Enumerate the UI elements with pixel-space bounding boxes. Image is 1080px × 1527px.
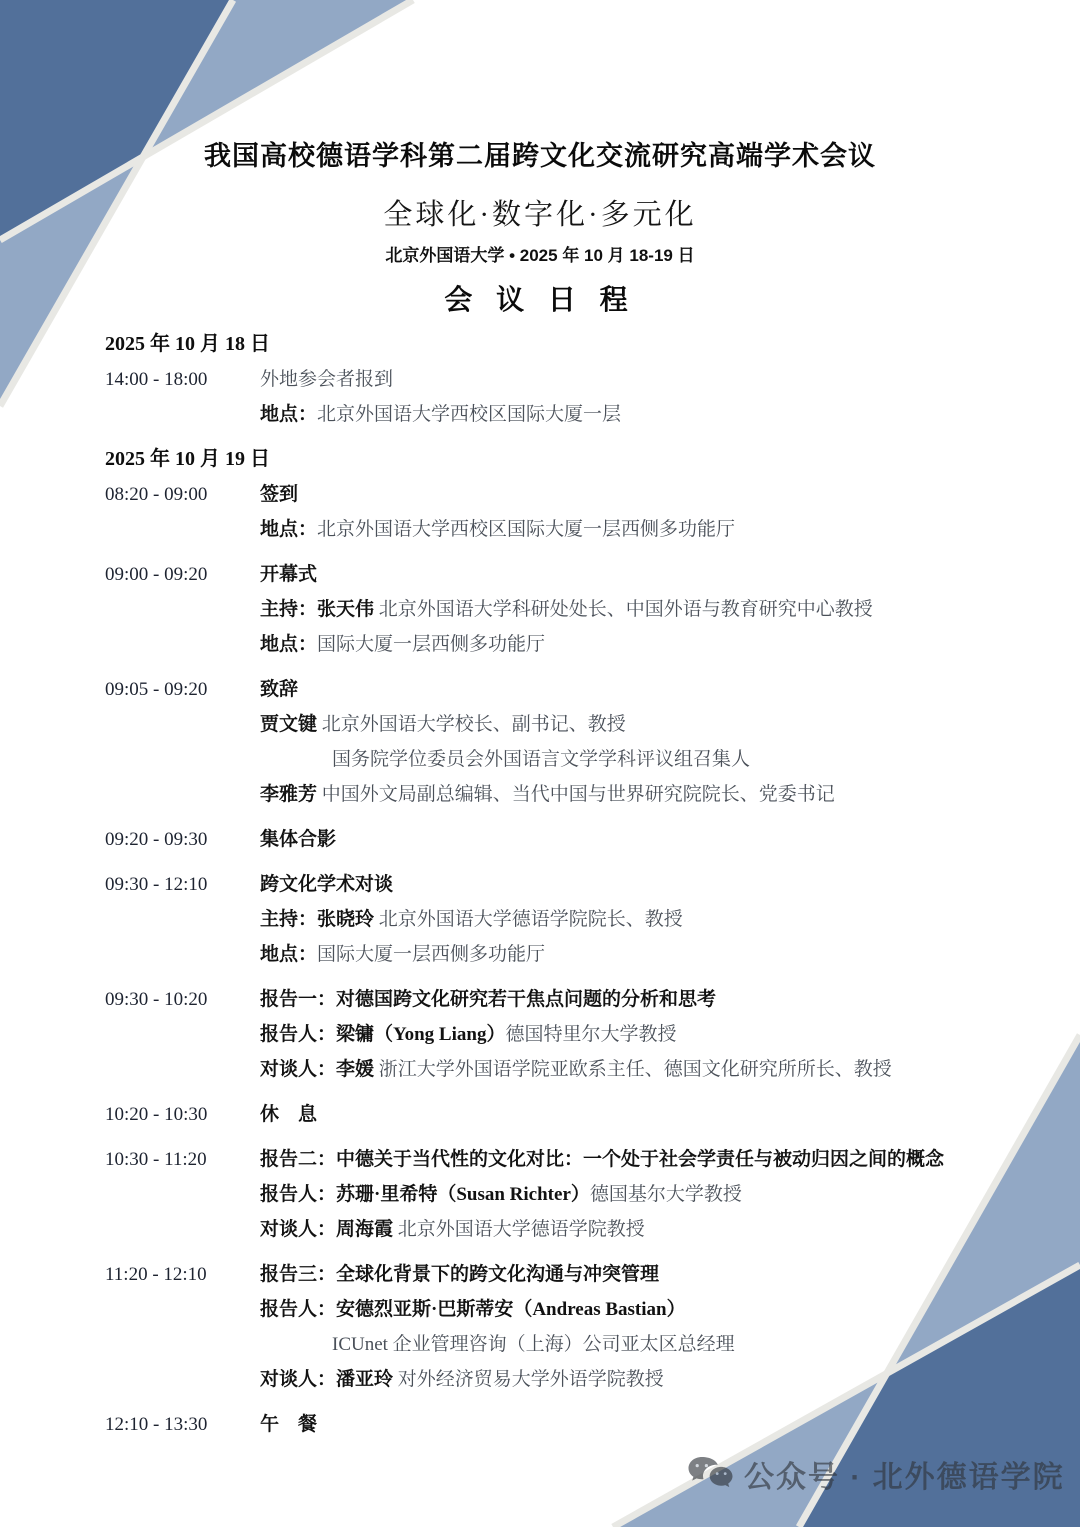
event-time: 10:30 - 11:20: [105, 1142, 260, 1177]
event-line: 报告人：苏珊·里希特（Susan Richter）德国基尔大学教授: [260, 1177, 995, 1212]
event-line: 午 餐: [260, 1407, 995, 1442]
event-content: 开幕式主持：张天伟 北京外国语大学科研处处长、中国外语与教育研究中心教授地点：国…: [260, 557, 995, 662]
event-row: 09:30 - 12:10跨文化学术对谈主持：张晓玲 北京外国语大学德语学院院长…: [105, 867, 995, 972]
event-line-text: 北京外国语大学德语学院院长、教授: [374, 909, 683, 930]
event-line-label: 贾文键: [260, 714, 317, 735]
event-content: 休 息: [260, 1097, 995, 1132]
event-line: 致辞: [260, 672, 995, 707]
event-row: 09:20 - 09:30集体合影: [105, 822, 995, 857]
event-line: 地点：国际大厦一层西侧多功能厅: [260, 937, 995, 972]
event-line-text: 国际大厦一层西侧多功能厅: [317, 944, 545, 965]
event-line: 集体合影: [260, 822, 995, 857]
event-line-text: 北京外国语大学科研处处长、中国外语与教育研究中心教授: [374, 599, 873, 620]
wechat-icon: [688, 1456, 734, 1492]
event-line: 休 息: [260, 1097, 995, 1132]
event-line-text: 北京外国语大学校长、副书记、教授: [317, 714, 626, 735]
event-line: 主持：张晓玲 北京外国语大学德语学院院长、教授: [260, 902, 995, 937]
event-time: 11:20 - 12:10: [105, 1257, 260, 1292]
event-time: 10:20 - 10:30: [105, 1097, 260, 1132]
event-line-label: 对谈人：潘亚玲: [260, 1369, 393, 1390]
event-line-label: 报告三：全球化背景下的跨文化沟通与冲突管理: [260, 1264, 659, 1285]
event-content: 报告二：中德关于当代性的文化对比：一个处于社会学责任与被动归因之间的概念报告人：…: [260, 1142, 995, 1247]
event-line: 地点：北京外国语大学西校区国际大厦一层: [260, 397, 995, 432]
event-line-text: 中国外文局副总编辑、当代中国与世界研究院院长、党委书记: [317, 784, 835, 805]
event-row: 12:10 - 13:30午 餐: [105, 1407, 995, 1442]
watermark-text: 公众号 · 北外德语学院: [744, 1452, 1065, 1496]
event-line-label: 地点：: [260, 634, 317, 655]
event-line-text: 国际大厦一层西侧多功能厅: [317, 634, 545, 655]
event-line-text: ICUnet 企业管理咨询（上海）公司亚太区总经理: [332, 1334, 735, 1355]
venue-date-line: 北京外国语大学 • 2025 年 10 月 18-19 日: [0, 241, 1080, 266]
event-row: 09:00 - 09:20开幕式主持：张天伟 北京外国语大学科研处处长、中国外语…: [105, 557, 995, 662]
event-content: 外地参会者报到地点：北京外国语大学西校区国际大厦一层: [260, 362, 995, 432]
event-line-text: 浙江大学外国语学院亚欧系主任、德国文化研究所所长、教授: [374, 1059, 892, 1080]
event-time: 09:30 - 10:20: [105, 982, 260, 1017]
event-line-label: 地点：: [260, 404, 317, 425]
event-row: 14:00 - 18:00外地参会者报到地点：北京外国语大学西校区国际大厦一层: [105, 362, 995, 432]
event-line-text: 德国基尔大学教授: [590, 1184, 742, 1205]
event-row: 09:30 - 10:20报告一：对德国跨文化研究若干焦点问题的分析和思考报告人…: [105, 982, 995, 1087]
event-line-label: 李雅芳: [260, 784, 317, 805]
event-line-label: 报告一：对德国跨文化研究若干焦点问题的分析和思考: [260, 989, 716, 1010]
conference-title: 我国高校德语学科第二届跨文化交流研究高端学术会议: [0, 134, 1080, 173]
event-row: 09:05 - 09:20致辞贾文键 北京外国语大学校长、副书记、教授国务院学位…: [105, 672, 995, 812]
event-line: 签到: [260, 477, 995, 512]
event-line: 报告人：梁镛（Yong Liang）德国特里尔大学教授: [260, 1017, 995, 1052]
agenda-heading: 会 议 日 程: [0, 278, 1080, 318]
event-line-text: 国务院学位委员会外国语言文学学科评议组召集人: [332, 749, 750, 770]
event-line: 对谈人：周海霞 北京外国语大学德语学院教授: [260, 1212, 995, 1247]
event-line-label: 对谈人：李媛: [260, 1059, 374, 1080]
event-line: 报告一：对德国跨文化研究若干焦点问题的分析和思考: [260, 982, 995, 1017]
event-line-label: 报告人：安德烈亚斯·巴斯蒂安（Andreas Bastian）: [260, 1299, 686, 1320]
event-line-text: 北京外国语大学德语学院教授: [393, 1219, 645, 1240]
agenda-schedule: 2025 年 10 月 18 日14:00 - 18:00外地参会者报到地点：北…: [105, 324, 995, 1452]
event-line: 跨文化学术对谈: [260, 867, 995, 902]
event-line: 外地参会者报到: [260, 362, 995, 397]
conference-subtitle: 全球化·数字化·多元化: [0, 192, 1080, 233]
event-time: 08:20 - 09:00: [105, 477, 260, 512]
event-time: 12:10 - 13:30: [105, 1407, 260, 1442]
event-line: 李雅芳 中国外文局副总编辑、当代中国与世界研究院院长、党委书记: [260, 777, 995, 812]
event-time: 09:20 - 09:30: [105, 822, 260, 857]
event-content: 报告三：全球化背景下的跨文化沟通与冲突管理报告人：安德烈亚斯·巴斯蒂安（Andr…: [260, 1257, 995, 1397]
event-line-text: 北京外国语大学西校区国际大厦一层: [317, 404, 621, 425]
event-content: 签到地点：北京外国语大学西校区国际大厦一层西侧多功能厅: [260, 477, 995, 547]
event-line: 报告三：全球化背景下的跨文化沟通与冲突管理: [260, 1257, 995, 1292]
event-line-label: 签到: [260, 484, 298, 505]
event-line: 对谈人：潘亚玲 对外经济贸易大学外语学院教授: [260, 1362, 995, 1397]
event-line: 国务院学位委员会外国语言文学学科评议组召集人: [260, 742, 995, 777]
event-line: 对谈人：李媛 浙江大学外国语学院亚欧系主任、德国文化研究所所长、教授: [260, 1052, 995, 1087]
event-line: ICUnet 企业管理咨询（上海）公司亚太区总经理: [260, 1327, 995, 1362]
event-line: 地点：北京外国语大学西校区国际大厦一层西侧多功能厅: [260, 512, 995, 547]
event-time: 09:00 - 09:20: [105, 557, 260, 592]
schedule-date: 2025 年 10 月 18 日: [105, 327, 995, 362]
event-line-label: 对谈人：周海霞: [260, 1219, 393, 1240]
event-content: 致辞贾文键 北京外国语大学校长、副书记、教授国务院学位委员会外国语言文学学科评议…: [260, 672, 995, 812]
event-line-label: 开幕式: [260, 564, 317, 585]
event-line-label: 致辞: [260, 679, 298, 700]
event-content: 跨文化学术对谈主持：张晓玲 北京外国语大学德语学院院长、教授地点：国际大厦一层西…: [260, 867, 995, 972]
event-line-label: 集体合影: [260, 829, 336, 850]
event-line-label: 主持：张天伟: [260, 599, 374, 620]
event-line-label: 休 息: [260, 1104, 317, 1125]
event-time: 09:30 - 12:10: [105, 867, 260, 902]
event-row: 08:20 - 09:00签到地点：北京外国语大学西校区国际大厦一层西侧多功能厅: [105, 477, 995, 547]
event-line-label: 报告人：苏珊·里希特（Susan Richter）: [260, 1184, 590, 1205]
event-time: 09:05 - 09:20: [105, 672, 260, 707]
event-line-label: 报告人：梁镛（Yong Liang）: [260, 1024, 505, 1045]
event-line-label: 地点：: [260, 944, 317, 965]
event-content: 报告一：对德国跨文化研究若干焦点问题的分析和思考报告人：梁镛（Yong Lian…: [260, 982, 995, 1087]
event-line: 贾文键 北京外国语大学校长、副书记、教授: [260, 707, 995, 742]
event-line-label: 主持：张晓玲: [260, 909, 374, 930]
watermark: 公众号 · 北外德语学院: [688, 1452, 1065, 1496]
event-content: 集体合影: [260, 822, 995, 857]
event-row: 11:20 - 12:10报告三：全球化背景下的跨文化沟通与冲突管理报告人：安德…: [105, 1257, 995, 1397]
event-line: 地点：国际大厦一层西侧多功能厅: [260, 627, 995, 662]
event-row: 10:30 - 11:20报告二：中德关于当代性的文化对比：一个处于社会学责任与…: [105, 1142, 995, 1247]
event-line-label: 午 餐: [260, 1414, 317, 1435]
event-line-text: 对外经济贸易大学外语学院教授: [393, 1369, 664, 1390]
event-line: 主持：张天伟 北京外国语大学科研处处长、中国外语与教育研究中心教授: [260, 592, 995, 627]
event-line: 报告二：中德关于当代性的文化对比：一个处于社会学责任与被动归因之间的概念: [260, 1142, 995, 1177]
event-content: 午 餐: [260, 1407, 995, 1442]
event-line-text: 北京外国语大学西校区国际大厦一层西侧多功能厅: [317, 519, 735, 540]
event-line: 报告人：安德烈亚斯·巴斯蒂安（Andreas Bastian）: [260, 1292, 995, 1327]
event-line: 开幕式: [260, 557, 995, 592]
event-line-label: 报告二：中德关于当代性的文化对比：一个处于社会学责任与被动归因之间的概念: [260, 1149, 944, 1170]
event-line-text: 德国特里尔大学教授: [505, 1024, 676, 1045]
event-line-text: 外地参会者报到: [260, 369, 393, 390]
event-time: 14:00 - 18:00: [105, 362, 260, 397]
event-line-label: 跨文化学术对谈: [260, 874, 393, 895]
event-row: 10:20 - 10:30休 息: [105, 1097, 995, 1132]
schedule-date: 2025 年 10 月 19 日: [105, 442, 995, 477]
event-line-label: 地点：: [260, 519, 317, 540]
